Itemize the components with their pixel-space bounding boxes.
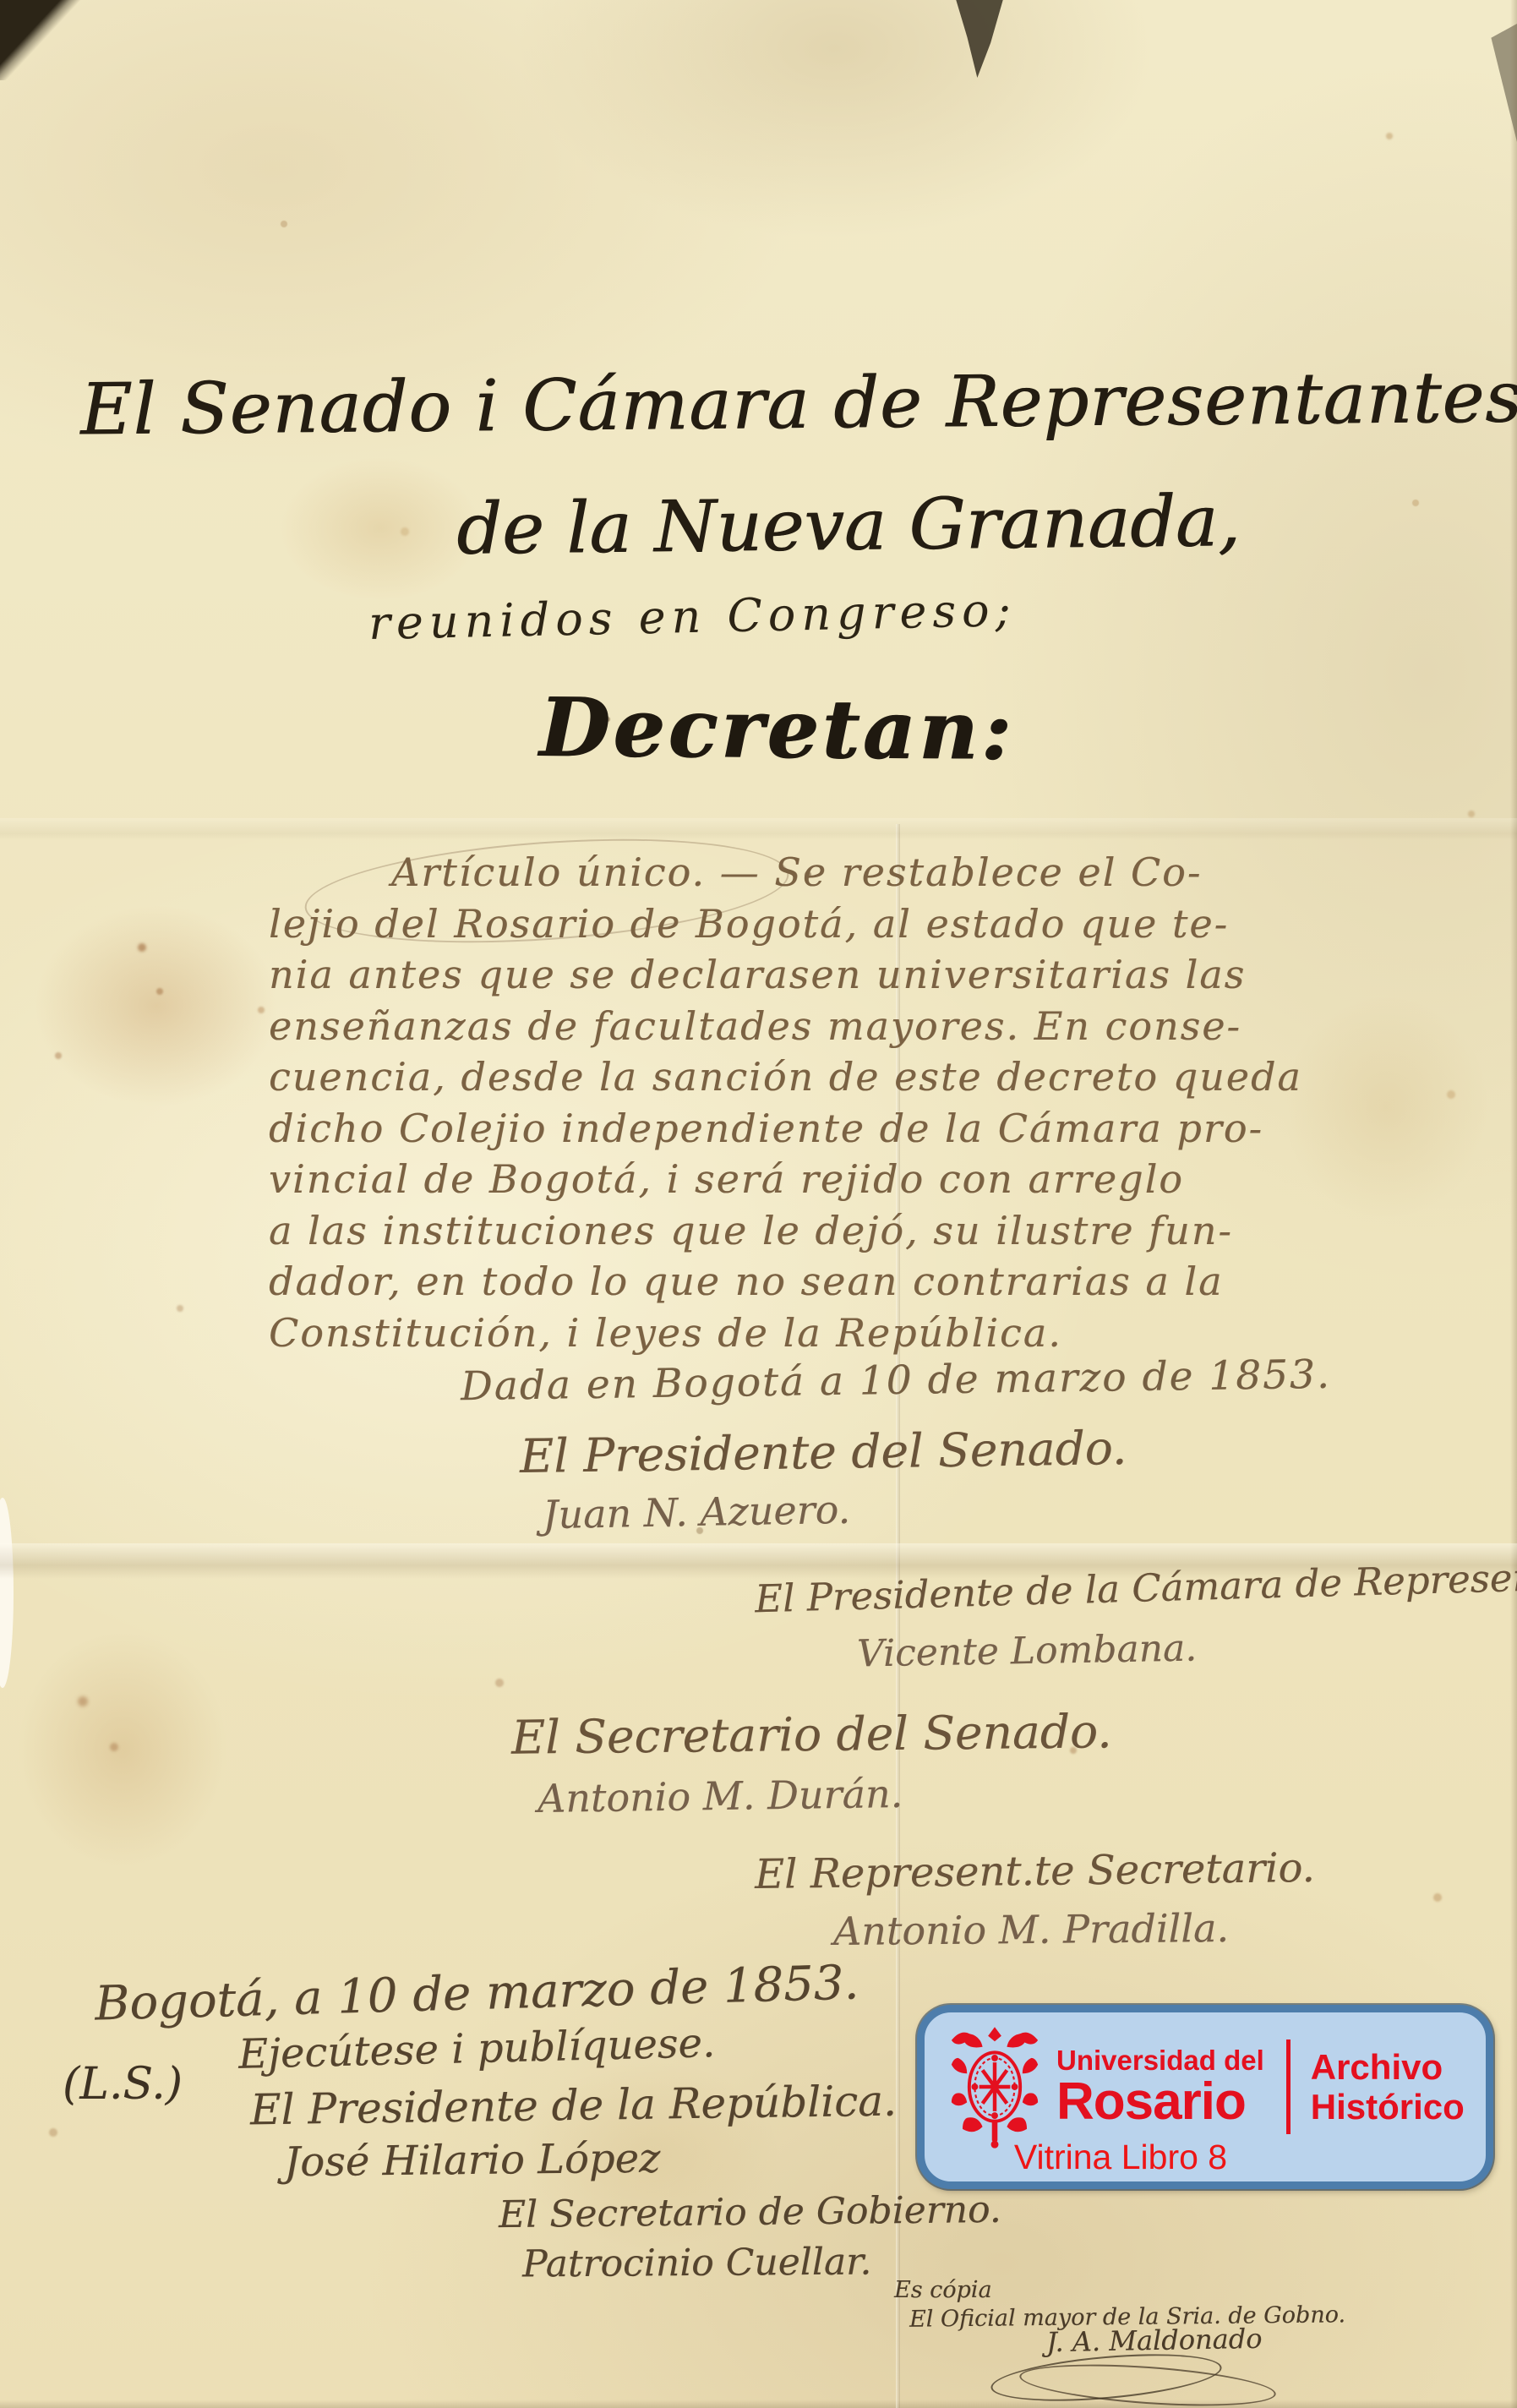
archive-badge: Universidad del Rosario Archivo Históric… (917, 2005, 1493, 2189)
university-wordmark-top: Universidad del (1056, 2046, 1264, 2074)
copy-official-signature: J. A. Maldonado (1046, 2323, 1263, 2358)
paper-edge-shadow (0, 2400, 1517, 2408)
archive-unit-label: Archivo Histórico (1311, 2047, 1465, 2127)
article-line: Constitución, i leyes de la República. (269, 1308, 1351, 1359)
badge-logo-row: Universidad del Rosario Archivo Históric… (945, 2024, 1465, 2149)
signature-name-senate-president: Juan N. Azuero. (543, 1487, 851, 1537)
article-line: a las instituciones que le dejó, su ilus… (269, 1205, 1351, 1257)
paper-edge-highlight (0, 1498, 14, 1688)
president-name: José Hilario López (284, 2135, 661, 2187)
university-crest-icon (945, 2024, 1045, 2149)
article-line: dador, en todo lo que no sean contrarias… (269, 1256, 1351, 1308)
article-line: nia antes que se declarasen universitari… (269, 949, 1351, 1001)
archive-unit-bottom: Histórico (1311, 2087, 1465, 2127)
archive-unit-top: Archivo (1311, 2047, 1465, 2087)
president-title: El Presidente de la República. (250, 2077, 898, 2135)
signature-title-chamber-secretary: El Represent.te Secretario. (755, 1844, 1315, 1898)
government-secretary-title: El Secretario de Gobierno. (499, 2188, 1001, 2236)
paper-stain (17, 1631, 228, 1868)
article-line: Artículo único. — Se restablece el Co- (391, 847, 1351, 898)
horizontal-fold-crease (0, 818, 1517, 840)
paper-stain (34, 904, 279, 1107)
signature-name-chamber-secretary: Antonio M. Pradilla. (833, 1905, 1229, 1954)
foxing-spots (0, 0, 5, 5)
decree-dateline: Dada en Bogotá a 10 de marzo de 1853. (461, 1351, 1332, 1410)
seal-mark: (L.S.) (63, 2059, 183, 2110)
scan-corner-shadow (0, 0, 101, 80)
paper-tear-notch (952, 0, 1007, 78)
badge-divider (1286, 2039, 1291, 2134)
copy-note: Es cópia (894, 2277, 992, 2303)
article-line: lejio del Rosario de Bogotá, al estado q… (269, 898, 1351, 950)
signature-title-senate-president: El Presidente del Senado. (520, 1421, 1127, 1483)
signature-name-chamber-president: Vicente Lombana. (857, 1626, 1198, 1675)
paper-stain (279, 456, 482, 600)
university-wordmark: Universidad del Rosario (1056, 2046, 1264, 2128)
heading-line-2: de la Nueva Granada, (456, 479, 1241, 571)
executive-dateline: Bogotá, a 10 de marzo de 1853. (94, 1955, 859, 2031)
signature-name-senate-secretary: Antonio M. Durán. (537, 1771, 903, 1821)
decree-heading: Decretan: (539, 680, 1015, 778)
university-wordmark-bottom: Rosario (1056, 2076, 1264, 2128)
article-body: Artículo único. — Se restablece el Co- l… (269, 847, 1351, 1358)
article-line: cuencia, desde la sanción de este decret… (269, 1051, 1351, 1103)
heading-line-3: reunidos en Congreso; (368, 583, 1017, 650)
badge-caption: Vitrina Libro 8 (960, 2138, 1281, 2177)
article-line: vincial de Bogotá, i será rejido con arr… (269, 1154, 1351, 1205)
manuscript-decree-scan: El Senado i Cámara de Representantes de … (0, 0, 1517, 2408)
article-line: enseñanzas de facultades mayores. En con… (269, 1001, 1351, 1052)
signature-title-senate-secretary: El Secretario del Senado. (511, 1704, 1112, 1764)
heading-line-1: El Senado i Cámara de Representantes (80, 356, 1517, 451)
government-secretary-name: Patrocinio Cuellar. (522, 2241, 872, 2286)
article-line: dicho Colejio independiente de la Cámara… (269, 1103, 1351, 1155)
